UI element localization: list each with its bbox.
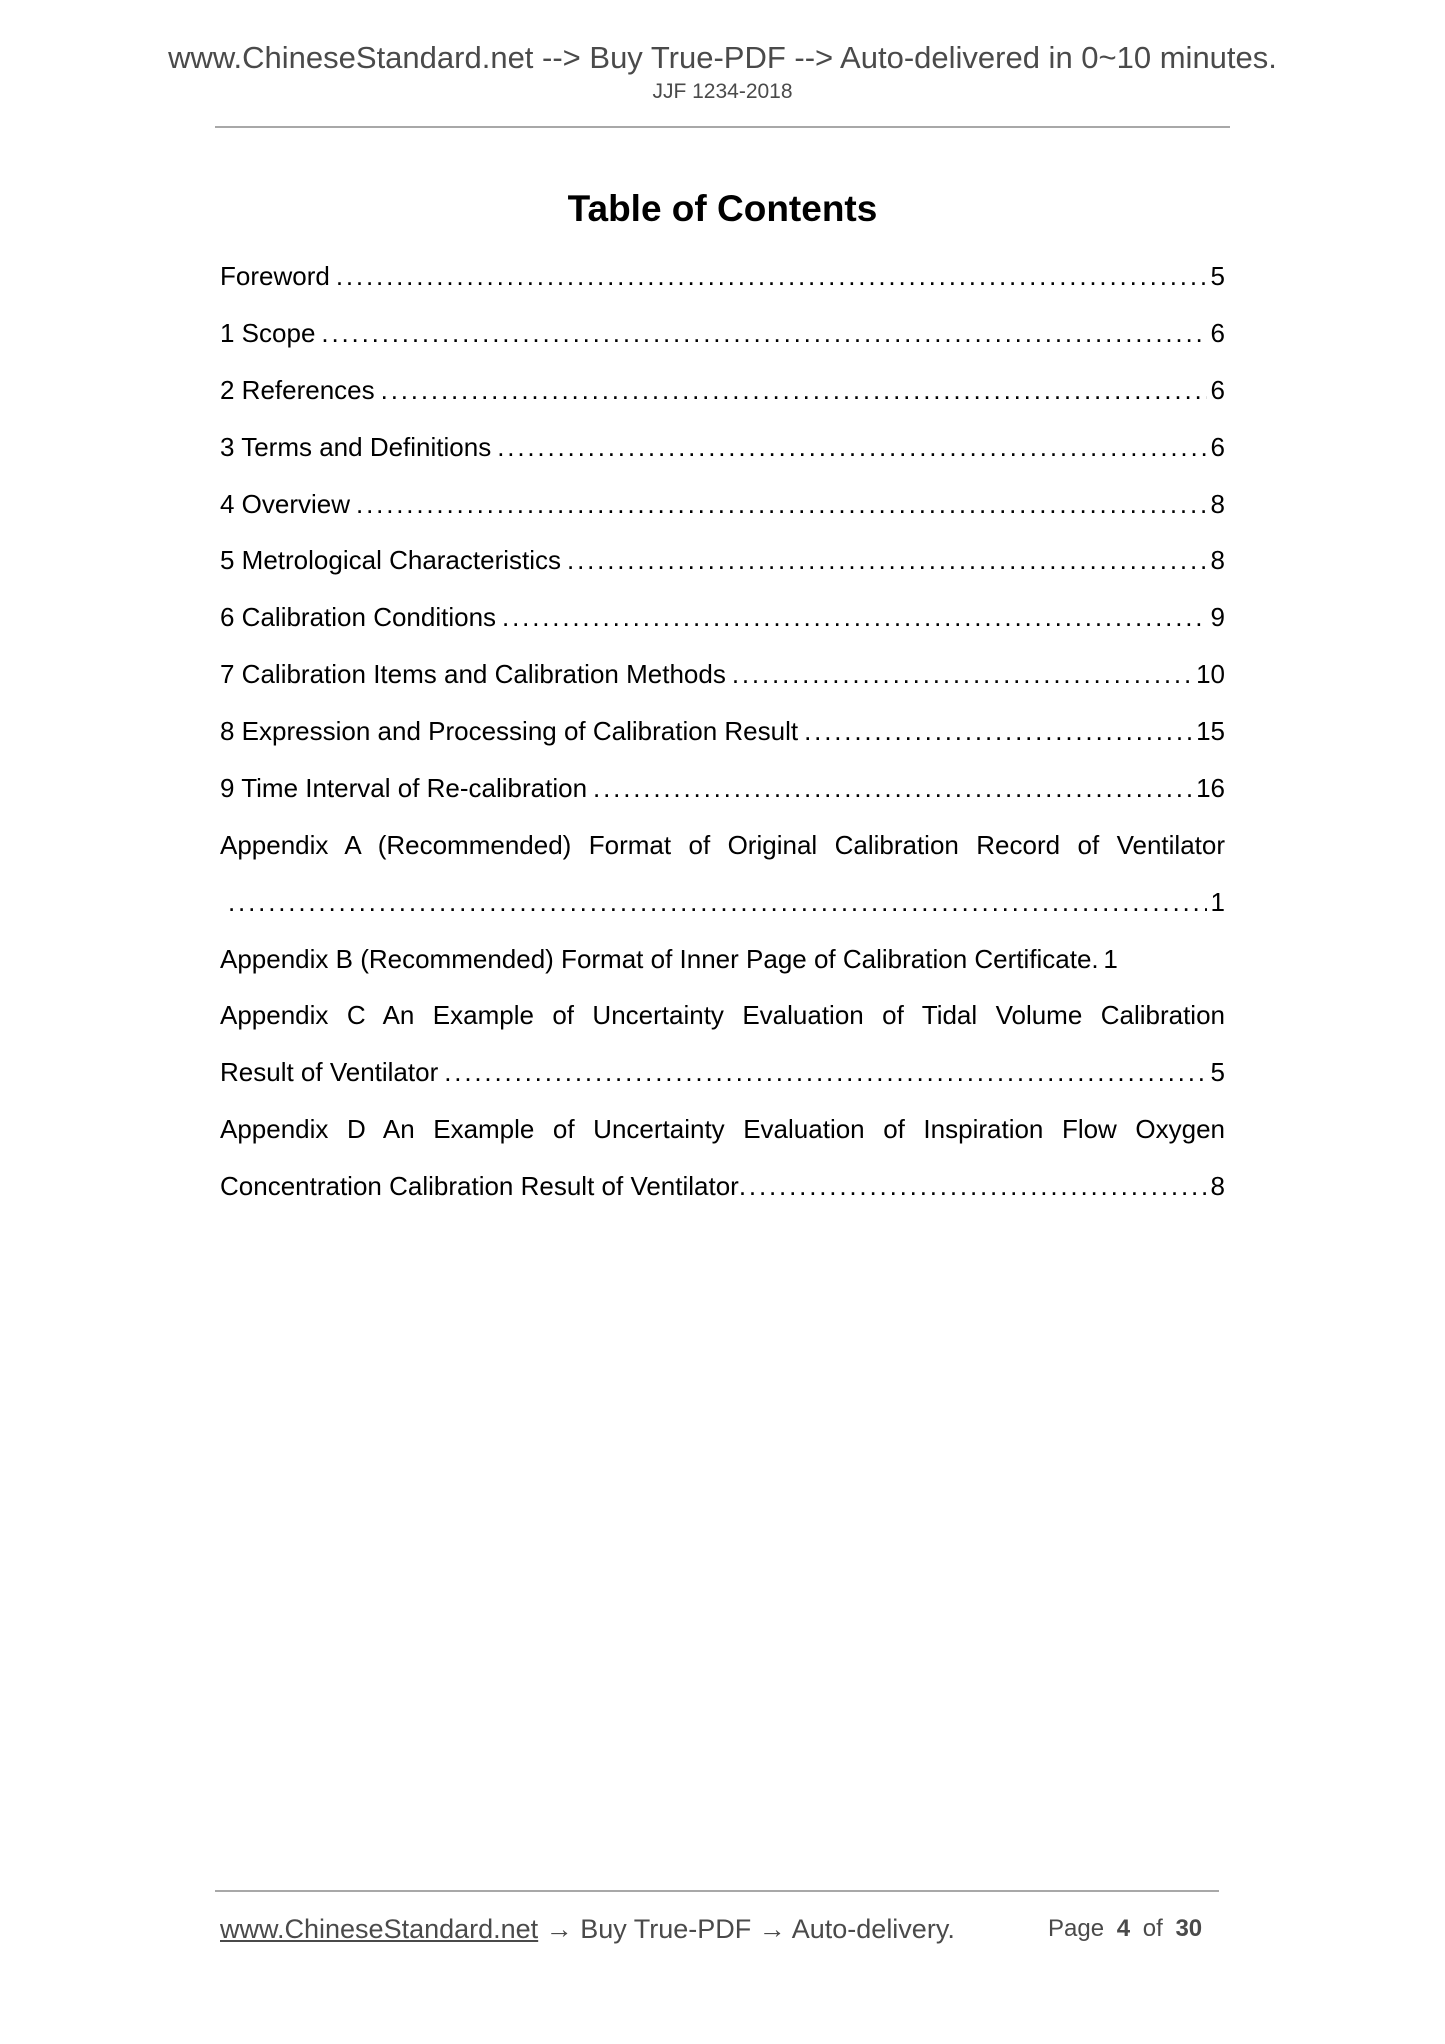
toc-entry-page: 6 [1211,373,1225,407]
toc-entry-label: 5 Metrological Characteristics [220,543,561,577]
toc-entry-page: 5 [1211,259,1225,293]
dot-leader [444,1055,1206,1089]
toc-entry-page: 9 [1211,600,1225,634]
toc-entry-label: 6 Calibration Conditions [220,600,496,634]
toc-entry-label: Appendix A (Recommended) Format of Origi… [220,830,1225,860]
toc-entry-label: 4 Overview [220,487,350,521]
toc-entry-conditions[interactable]: 6 Calibration Conditions 9 [220,600,1225,634]
toc-entry-label: Foreword [220,259,330,293]
toc-entry-appendix-a-leader[interactable]: 1 [220,885,1225,919]
toc-entry-appendix-c[interactable]: Appendix C An Example of Uncertainty Eva… [220,998,1225,1032]
dot-leader [497,430,1206,464]
toc-entry-references[interactable]: 2 References 6 [220,373,1225,407]
toc-entry-label: Concentration Calibration Result of Vent… [220,1169,739,1203]
toc-entry-appendix-d[interactable]: Appendix D An Example of Uncertainty Eva… [220,1112,1225,1146]
toc-entry-overview[interactable]: 4 Overview 8 [220,487,1225,521]
toc-entry-page: 15 [1196,714,1225,748]
toc-entry-page: 1 [1103,942,1117,976]
toc-entry-label: 1 Scope [220,316,315,350]
toc-entry-appendix-c-cont[interactable]: Result of Ventilator 5 [220,1055,1225,1089]
toc-entry-expression[interactable]: 8 Expression and Processing of Calibrati… [220,714,1225,748]
toc-entry-page: 8 [1211,1169,1225,1203]
toc-entry-page: 6 [1211,430,1225,464]
dot-leader [732,657,1192,691]
standard-code: JJF 1234-2018 [0,80,1445,104]
dot-leader [356,487,1206,521]
page-label: Page [1048,1915,1104,1942]
toc-entry-page: 8 [1211,487,1225,521]
footer-promo: www.ChineseStandard.net → Buy True-PDF →… [220,1914,955,1944]
toc-entry-page: 5 [1211,1055,1225,1089]
page-title: Table of Contents [0,188,1445,230]
toc-entry-scope[interactable]: 1 Scope 6 [220,316,1225,350]
toc-entry-metrological[interactable]: 5 Metrological Characteristics 8 [220,543,1225,577]
toc-entry-page: 10 [1196,657,1225,691]
toc-entry-appendix-d-cont[interactable]: Concentration Calibration Result of Vent… [220,1169,1225,1203]
toc-entry-appendix-a[interactable]: Appendix A (Recommended) Format of Origi… [220,828,1225,862]
footer-promo-text: → Buy True-PDF → Auto-delivery. [538,1914,955,1944]
toc-entry-label: Result of Ventilator [220,1055,438,1089]
toc-entry-page: 1 [1211,885,1225,919]
toc-entry-page: 6 [1211,316,1225,350]
dot-leader [567,543,1207,577]
dot-leader [804,714,1192,748]
toc-entry-page: 8 [1211,543,1225,577]
toc-entry-page: 16 [1196,771,1225,805]
toc-entry-label: 2 References [220,373,375,407]
toc-entry-label: 3 Terms and Definitions [220,430,491,464]
dot-leader [593,771,1192,805]
dot-leader [321,316,1206,350]
toc-entry-label: Appendix B (Recommended) Format of Inner… [220,942,1091,976]
dot-leader [336,259,1207,293]
toc-entry-interval[interactable]: 9 Time Interval of Re-calibration 16 [220,771,1225,805]
dot-leader [381,373,1207,407]
toc-entry-calibration-items[interactable]: 7 Calibration Items and Calibration Meth… [220,657,1225,691]
dot-leader [228,885,1207,919]
page-indicator: Page 4 of 30 [1048,1914,1202,1944]
toc-entry-label: Appendix D An Example of Uncertainty Eva… [220,1114,1225,1144]
header-banner: www.ChineseStandard.net --> Buy True-PDF… [0,40,1445,76]
footer-divider [215,1890,1219,1892]
toc-entry-label: 7 Calibration Items and Calibration Meth… [220,657,726,691]
page-total: 30 [1175,1915,1202,1942]
page-current: 4 [1117,1915,1130,1942]
dot-leader [1091,942,1101,976]
toc-entry-terms[interactable]: 3 Terms and Definitions 6 [220,430,1225,464]
footer-site-link[interactable]: www.ChineseStandard.net [220,1914,538,1944]
toc-entry-label: 9 Time Interval of Re-calibration [220,771,587,805]
toc-entry-label: 8 Expression and Processing of Calibrati… [220,714,798,748]
toc-entry-foreword[interactable]: Foreword 5 [220,259,1225,293]
page-of-label: of [1143,1915,1163,1942]
dot-leader [739,1169,1207,1203]
toc-entry-label: Appendix C An Example of Uncertainty Eva… [220,1000,1225,1030]
header-divider [215,126,1230,128]
dot-leader [502,600,1206,634]
toc-entry-appendix-b[interactable]: Appendix B (Recommended) Format of Inner… [220,942,1225,976]
